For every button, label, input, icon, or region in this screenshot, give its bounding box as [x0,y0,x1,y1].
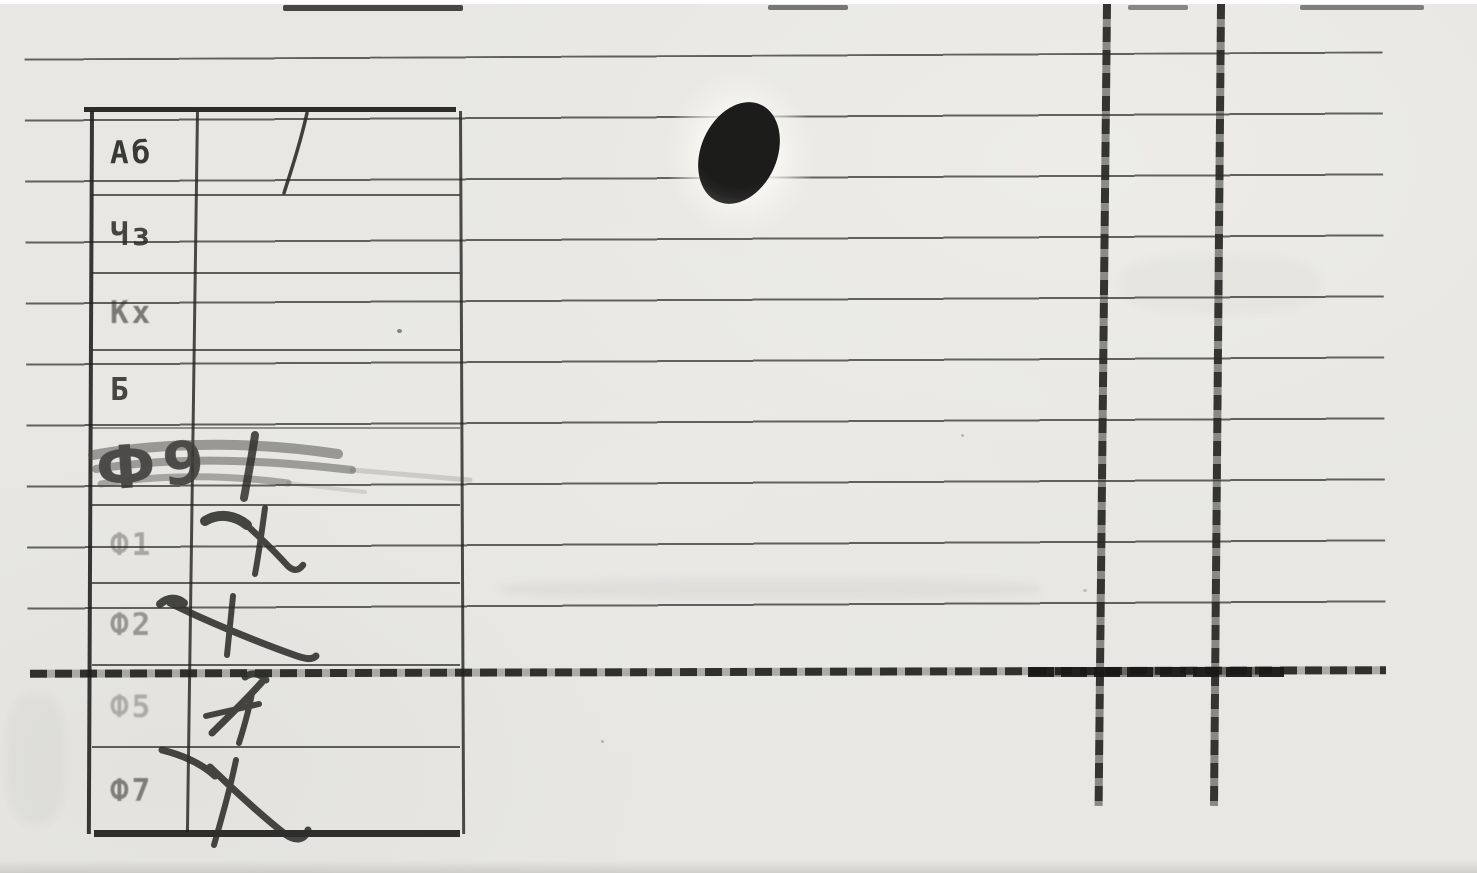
table-row-f1: Ф1 [92,504,460,584]
card-top-edge-segment [1128,5,1188,10]
paper-speck [961,434,964,437]
branch-label: Кх [110,295,153,331]
table-row-f9: Ф9 [92,427,460,506]
table-row-f2: Ф2 [92,582,460,666]
card-top-edge-segment [768,5,848,10]
branch-label-handwritten: Ф9 [94,427,214,505]
table-row-ab: Аб [92,111,460,194]
ink-bleed-ghost [6,694,66,824]
branch-label: Ф5 [110,689,153,725]
branch-label: Чз [110,217,153,253]
branch-label: Ф7 [110,773,153,809]
heavy-separator-rule-dark-segment [1028,667,1284,677]
paper-speck [1083,589,1087,592]
ink-bleed-ghost [500,579,1040,599]
branch-label: Ф1 [110,527,153,563]
table-row-kh: Кх [92,272,460,351]
branch-label: Ф2 [110,607,153,643]
table-border-bottom [94,830,460,837]
table-row-b: Б [92,349,460,429]
table-row-f5: Ф5 [92,664,460,748]
paper-speck [397,329,402,333]
branch-label: Аб [110,135,153,171]
paper-speck [601,740,604,743]
card-paper: Аб Чз Кх Б Ф9 Ф1 Ф2 Ф5 Ф7 [0,4,1477,873]
table-row-chz: Чз [92,194,460,274]
scanned-card-image: Аб Чз Кх Б Ф9 Ф1 Ф2 Ф5 Ф7 [0,0,1477,873]
card-top-edge-segment [283,5,463,11]
ink-bleed-ghost [1120,254,1320,314]
card-top-edge-segment [1300,5,1424,10]
branch-table: Аб Чз Кх Б Ф9 Ф1 Ф2 Ф5 Ф7 [90,111,462,834]
branch-label: Б [110,372,132,408]
table-row-f7: Ф7 [92,746,460,834]
scan-bottom-shadow [0,860,1477,873]
